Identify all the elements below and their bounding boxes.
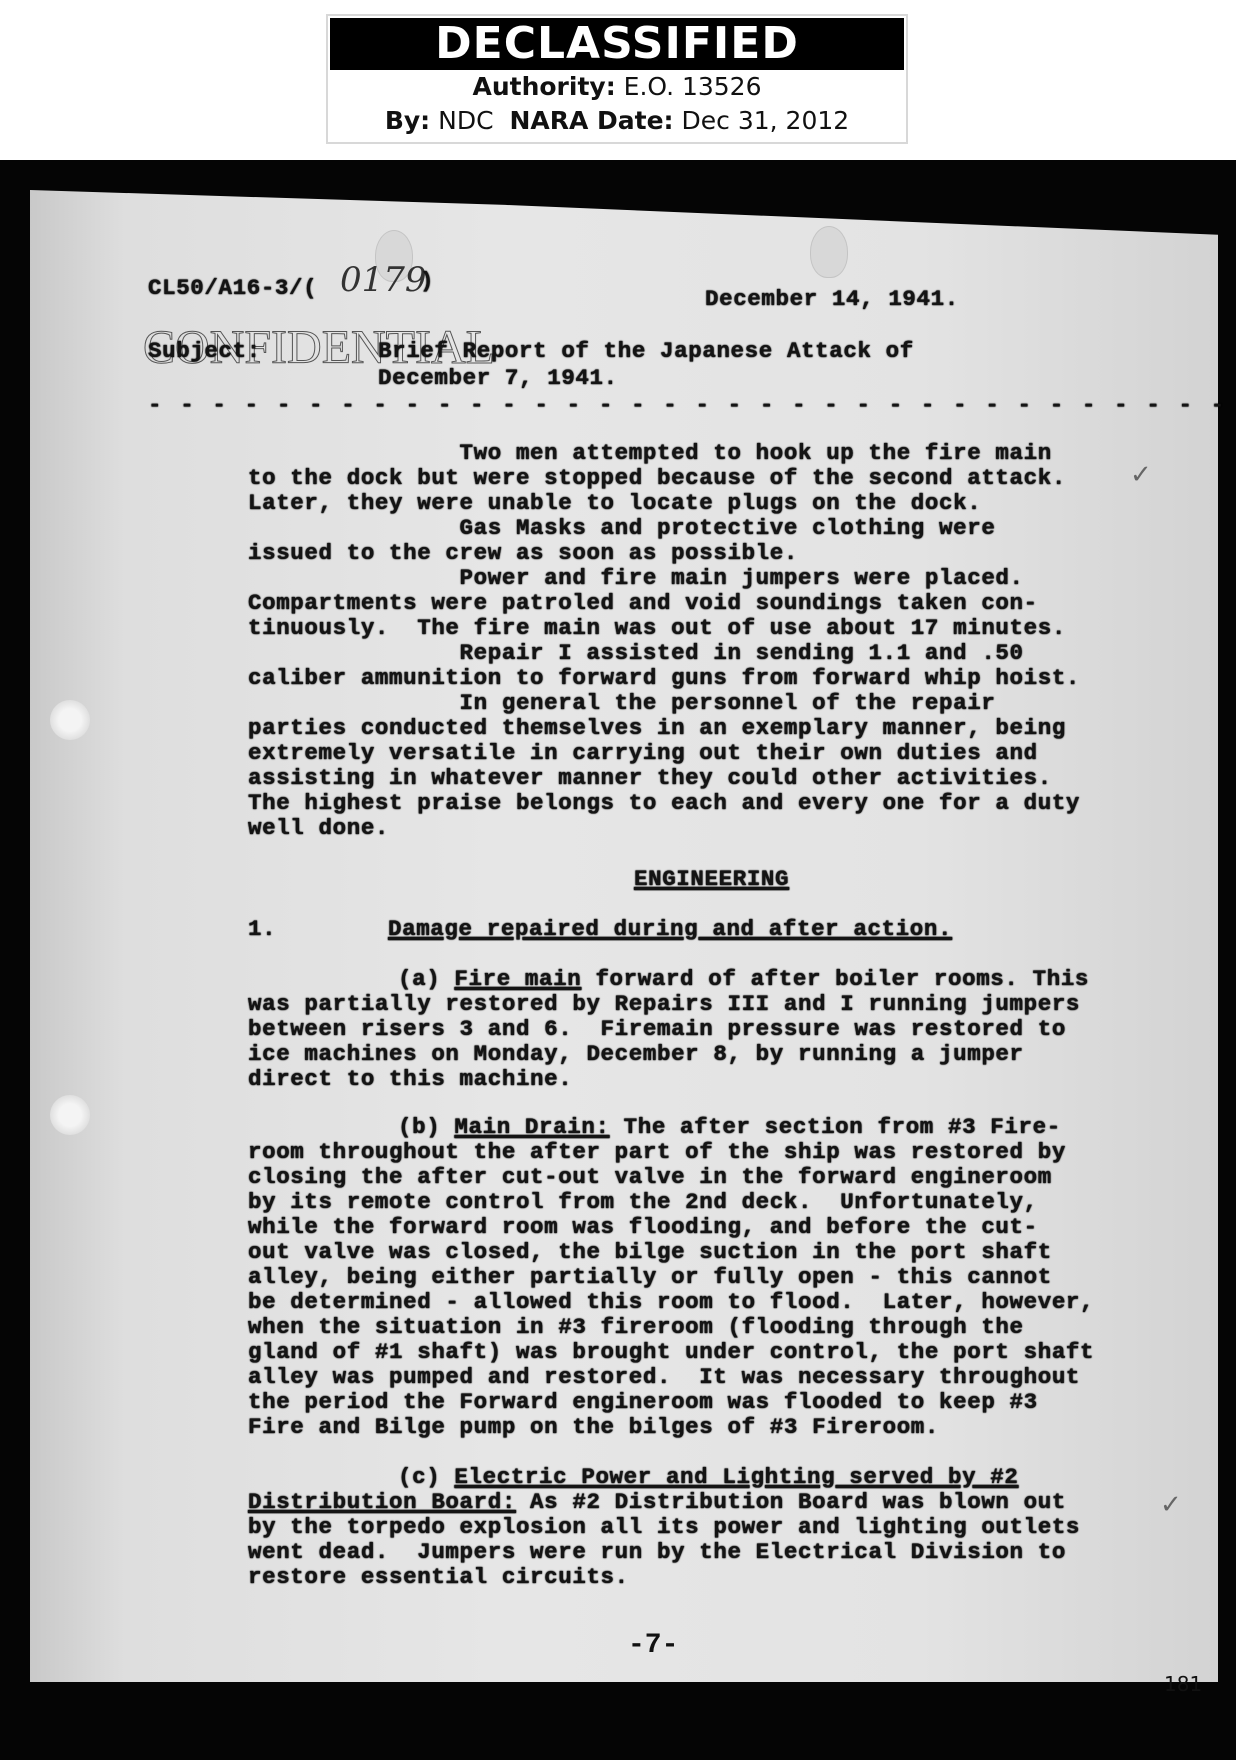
body-line: Power and fire main jumpers were placed. — [248, 565, 1024, 591]
archive-number: 181 — [1164, 1672, 1202, 1696]
stamp-title: DECLASSIFIED — [330, 18, 904, 70]
file-reference-close: ) — [420, 268, 434, 294]
body-line: assisting in whatever manner they could … — [248, 765, 1052, 791]
stamp-by-date: By: NDC NARA Date: Dec 31, 2012 — [328, 104, 906, 138]
para-c-title: Electric Power and Lighting served by #2 — [454, 1464, 1018, 1490]
item-title: Damage repaired during and after action. — [388, 916, 952, 942]
by-value: NDC — [438, 106, 493, 135]
body-line: The highest praise belongs to each and e… — [248, 790, 1080, 816]
para-b-line: alley, being either partially or fully o… — [248, 1264, 1052, 1290]
para-a-first-line: (a) Fire main forward of after boiler ro… — [398, 966, 1089, 992]
page-number: -7- — [628, 1630, 678, 1661]
body-line: tinuously. The fire main was out of use … — [248, 615, 1066, 641]
body-line: issued to the crew as soon as possible. — [248, 540, 798, 566]
subject-line-2: December 7, 1941. — [378, 365, 618, 391]
para-a-line: direct to this machine. — [248, 1066, 572, 1092]
para-b-line: when the situation in #3 fireroom (flood… — [248, 1314, 1024, 1340]
para-c-second-line: Distribution Board: As #2 Distribution B… — [248, 1489, 1066, 1515]
para-b-title: Main Drain: — [454, 1114, 609, 1140]
authority-label: Authority: — [472, 72, 615, 101]
body-line: Compartments were patroled and void soun… — [248, 590, 1038, 616]
para-a-line: between risers 3 and 6. Firemain pressur… — [248, 1016, 1066, 1042]
para-b-line: room throughout the after part of the sh… — [248, 1139, 1066, 1165]
handwritten-file-number: 0179 — [340, 260, 427, 300]
document-date: December 14, 1941. — [705, 286, 959, 312]
body-line: parties conducted themselves in an exemp… — [248, 715, 1066, 741]
para-c-first-line: (c) Electric Power and Lighting served b… — [398, 1464, 1019, 1490]
body-line: to the dock but were stopped because of … — [248, 465, 1066, 491]
checkmark-annotation: ✓ — [1130, 460, 1152, 490]
para-b-line: by its remote control from the 2nd deck.… — [248, 1189, 1038, 1215]
body-line: well done. — [248, 815, 389, 841]
para-b-line: the period the Forward engineroom was fl… — [248, 1389, 1038, 1415]
subject-line-1: Brief Report of the Japanese Attack of — [378, 338, 914, 364]
punch-hole-upper — [50, 700, 90, 740]
para-c-line: by the torpedo explosion all its power a… — [248, 1514, 1080, 1540]
para-a-line: was partially restored by Repairs III an… — [248, 991, 1080, 1017]
body-line: Two men attempted to hook up the fire ma… — [248, 440, 1052, 466]
section-heading-engineering: ENGINEERING — [634, 866, 789, 892]
checkmark-annotation: ✓ — [1160, 1490, 1182, 1520]
staple-tear-right — [810, 226, 848, 278]
para-c-title-cont: Distribution Board: — [248, 1489, 516, 1515]
item-number: 1. — [248, 916, 276, 942]
para-b-line: Fire and Bilge pump on the bilges of #3 … — [248, 1414, 939, 1440]
body-line: Later, they were unable to locate plugs … — [248, 490, 981, 516]
para-a-title: Fire main — [454, 966, 581, 992]
body-line: caliber ammunition to forward guns from … — [248, 665, 1080, 691]
punch-hole-lower — [50, 1095, 90, 1135]
para-c-line: restore essential circuits. — [248, 1564, 629, 1590]
para-c-line: went dead. Jumpers were run by the Elect… — [248, 1539, 1066, 1565]
subject-label: Subject: — [148, 338, 261, 364]
declassified-stamp: DECLASSIFIED Authority: E.O. 13526 By: N… — [326, 14, 908, 144]
para-b-line: be determined - allowed this room to flo… — [248, 1289, 1094, 1315]
body-line: Gas Masks and protective clothing were — [248, 515, 995, 541]
body-line: extremely versatile in carrying out thei… — [248, 740, 1038, 766]
body-line: Repair I assisted in sending 1.1 and .50 — [248, 640, 1024, 666]
para-b-line: closing the after cut-out valve in the f… — [248, 1164, 1052, 1190]
date-value: Dec 31, 2012 — [682, 106, 850, 135]
authority-value: E.O. 13526 — [624, 72, 762, 101]
para-b-line: out valve was closed, the bilge suction … — [248, 1239, 1052, 1265]
para-a-line: ice machines on Monday, December 8, by r… — [248, 1041, 1024, 1067]
body-line: In general the personnel of the repair — [248, 690, 995, 716]
stamp-authority: Authority: E.O. 13526 — [328, 70, 906, 104]
scanned-page: CL50/A16-3/( 0179 ) December 14, 1941. C… — [0, 160, 1236, 1760]
para-b-line: gland of #1 shaft) was brought under con… — [248, 1339, 1094, 1365]
para-b-line: while the forward room was flooding, and… — [248, 1214, 1038, 1240]
separator-line: - - - - - - - - - - - - - - - - - - - - … — [148, 392, 1236, 418]
by-label: By: — [385, 106, 430, 135]
para-b-first-line: (b) Main Drain: The after section from #… — [398, 1114, 1061, 1140]
para-b-line: alley was pumped and restored. It was ne… — [248, 1364, 1080, 1390]
date-label: NARA Date: — [509, 106, 673, 135]
file-reference: CL50/A16-3/( — [148, 275, 317, 301]
